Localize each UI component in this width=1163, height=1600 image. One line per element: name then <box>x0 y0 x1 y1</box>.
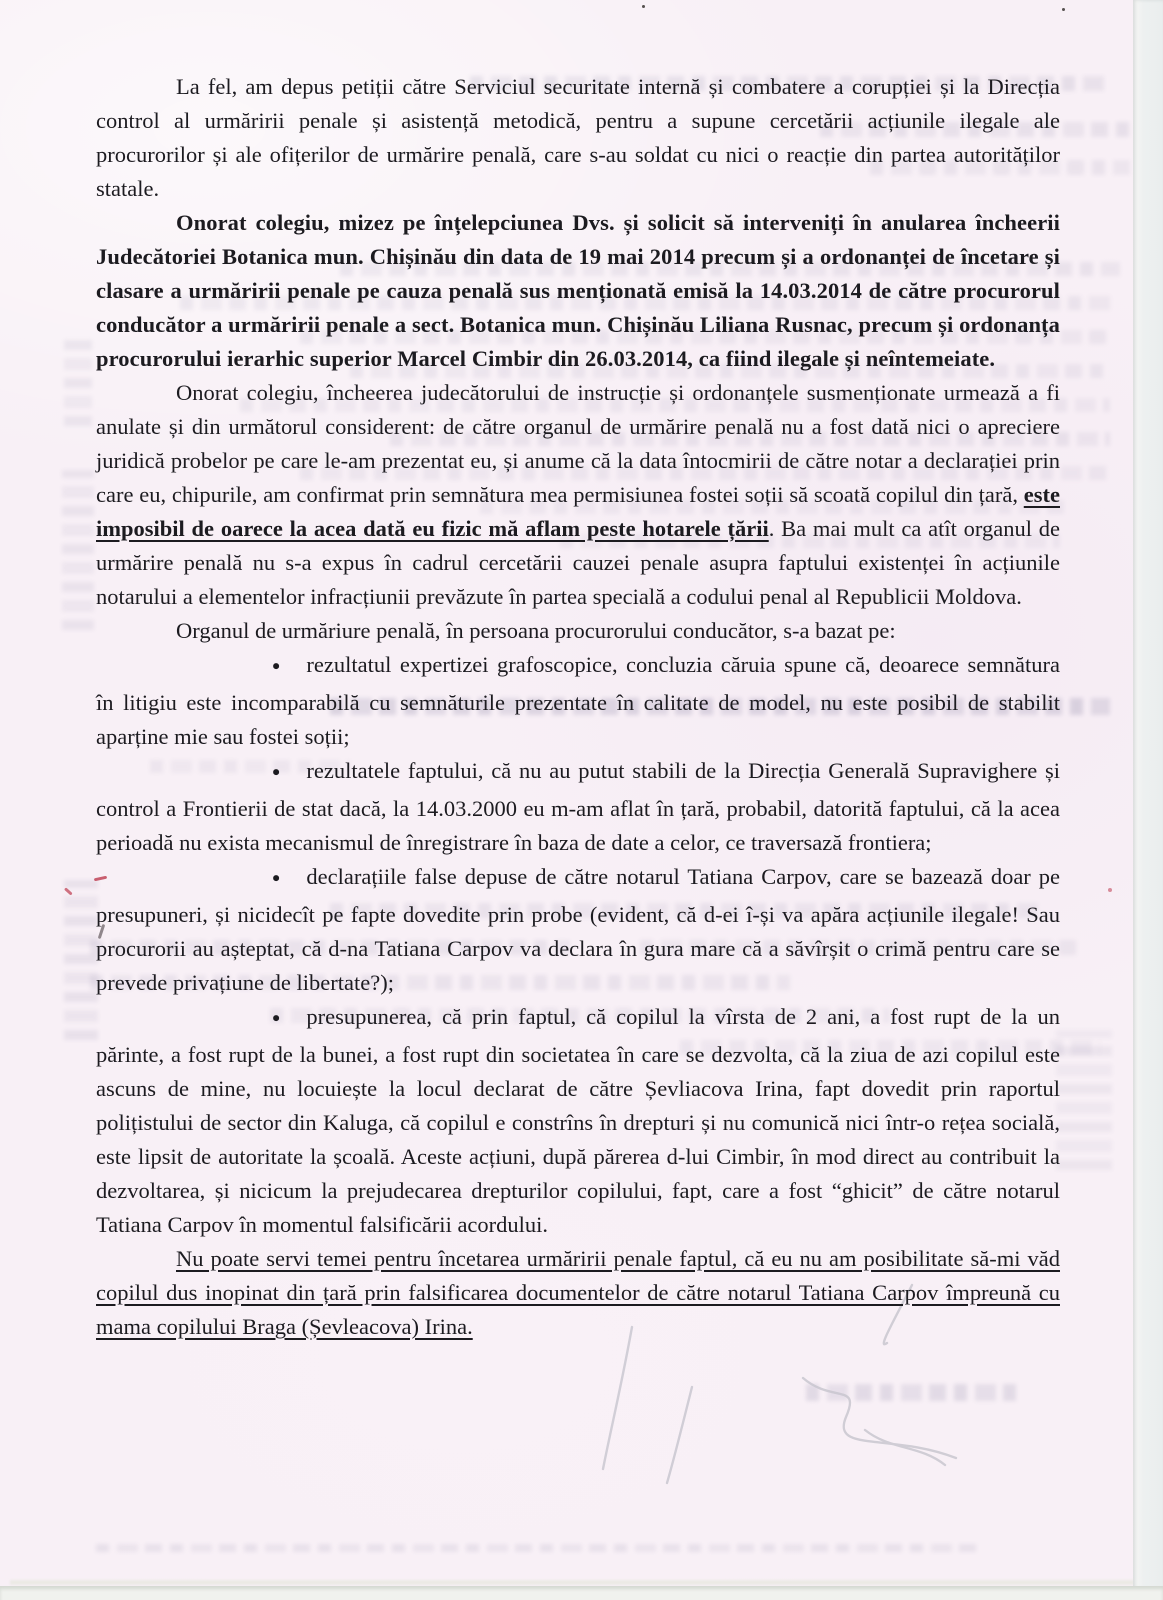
bullet-paragraph: ●presupunerea, că prin faptul, că copilu… <box>96 1000 1060 1242</box>
scanner-edge-right <box>1133 0 1163 1600</box>
bullet-icon: ● <box>184 862 280 896</box>
bleedthrough-artifact <box>806 1384 1016 1401</box>
scan-speck <box>642 5 645 8</box>
paragraph: Nu poate servi temei pentru încetarea ur… <box>96 1242 1060 1344</box>
bleedthrough-artifact <box>62 470 94 630</box>
bleedthrough-artifact <box>96 1544 976 1552</box>
red-pen-mark <box>64 887 72 895</box>
bullet-paragraph: ●rezultatul expertizei grafoscopice, con… <box>96 648 1060 754</box>
text-run: Onorat colegiu, mizez pe înțelepciunea D… <box>96 210 1060 371</box>
text-run: Onorat colegiu, încheerea judecătorului … <box>96 380 1060 507</box>
red-pen-dot <box>1108 888 1112 892</box>
bleedthrough-artifact <box>64 880 98 1040</box>
paragraph: Organul de urmăriure penală, în persoana… <box>96 614 1060 648</box>
scanner-edge-bottom <box>0 1586 1163 1600</box>
scanner-edge-shadow <box>10 1580 1135 1585</box>
document-text-block: La fel, am depus petiții către Serviciul… <box>96 70 1060 1344</box>
bullet-paragraph: ●declarațiile false depuse de către nota… <box>96 860 1060 1000</box>
scanned-document-page: La fel, am depus petiții către Serviciul… <box>0 0 1163 1600</box>
bullet-icon: ● <box>184 756 280 790</box>
paragraph: Onorat colegiu, încheerea judecătorului … <box>96 376 1060 614</box>
text-run: La fel, am depus petiții către Serviciul… <box>96 74 1060 201</box>
bullet-icon: ● <box>184 650 280 684</box>
paragraph: La fel, am depus petiții către Serviciul… <box>96 70 1060 206</box>
text-run: presupunerea, că prin faptul, că copilul… <box>96 1004 1060 1237</box>
text-run: Nu poate servi temei pentru încetarea ur… <box>96 1246 1060 1339</box>
bullet-paragraph: ●rezultatele faptului, că nu au putut st… <box>96 754 1060 860</box>
bleedthrough-artifact <box>64 336 92 426</box>
scan-speck <box>1062 8 1065 11</box>
text-run: Organul de urmăriure penală, în persoana… <box>176 618 896 643</box>
paragraph: Onorat colegiu, mizez pe înțelepciunea D… <box>96 206 1060 376</box>
bleedthrough-artifact <box>1056 1030 1112 1170</box>
bullet-icon: ● <box>184 1002 280 1036</box>
